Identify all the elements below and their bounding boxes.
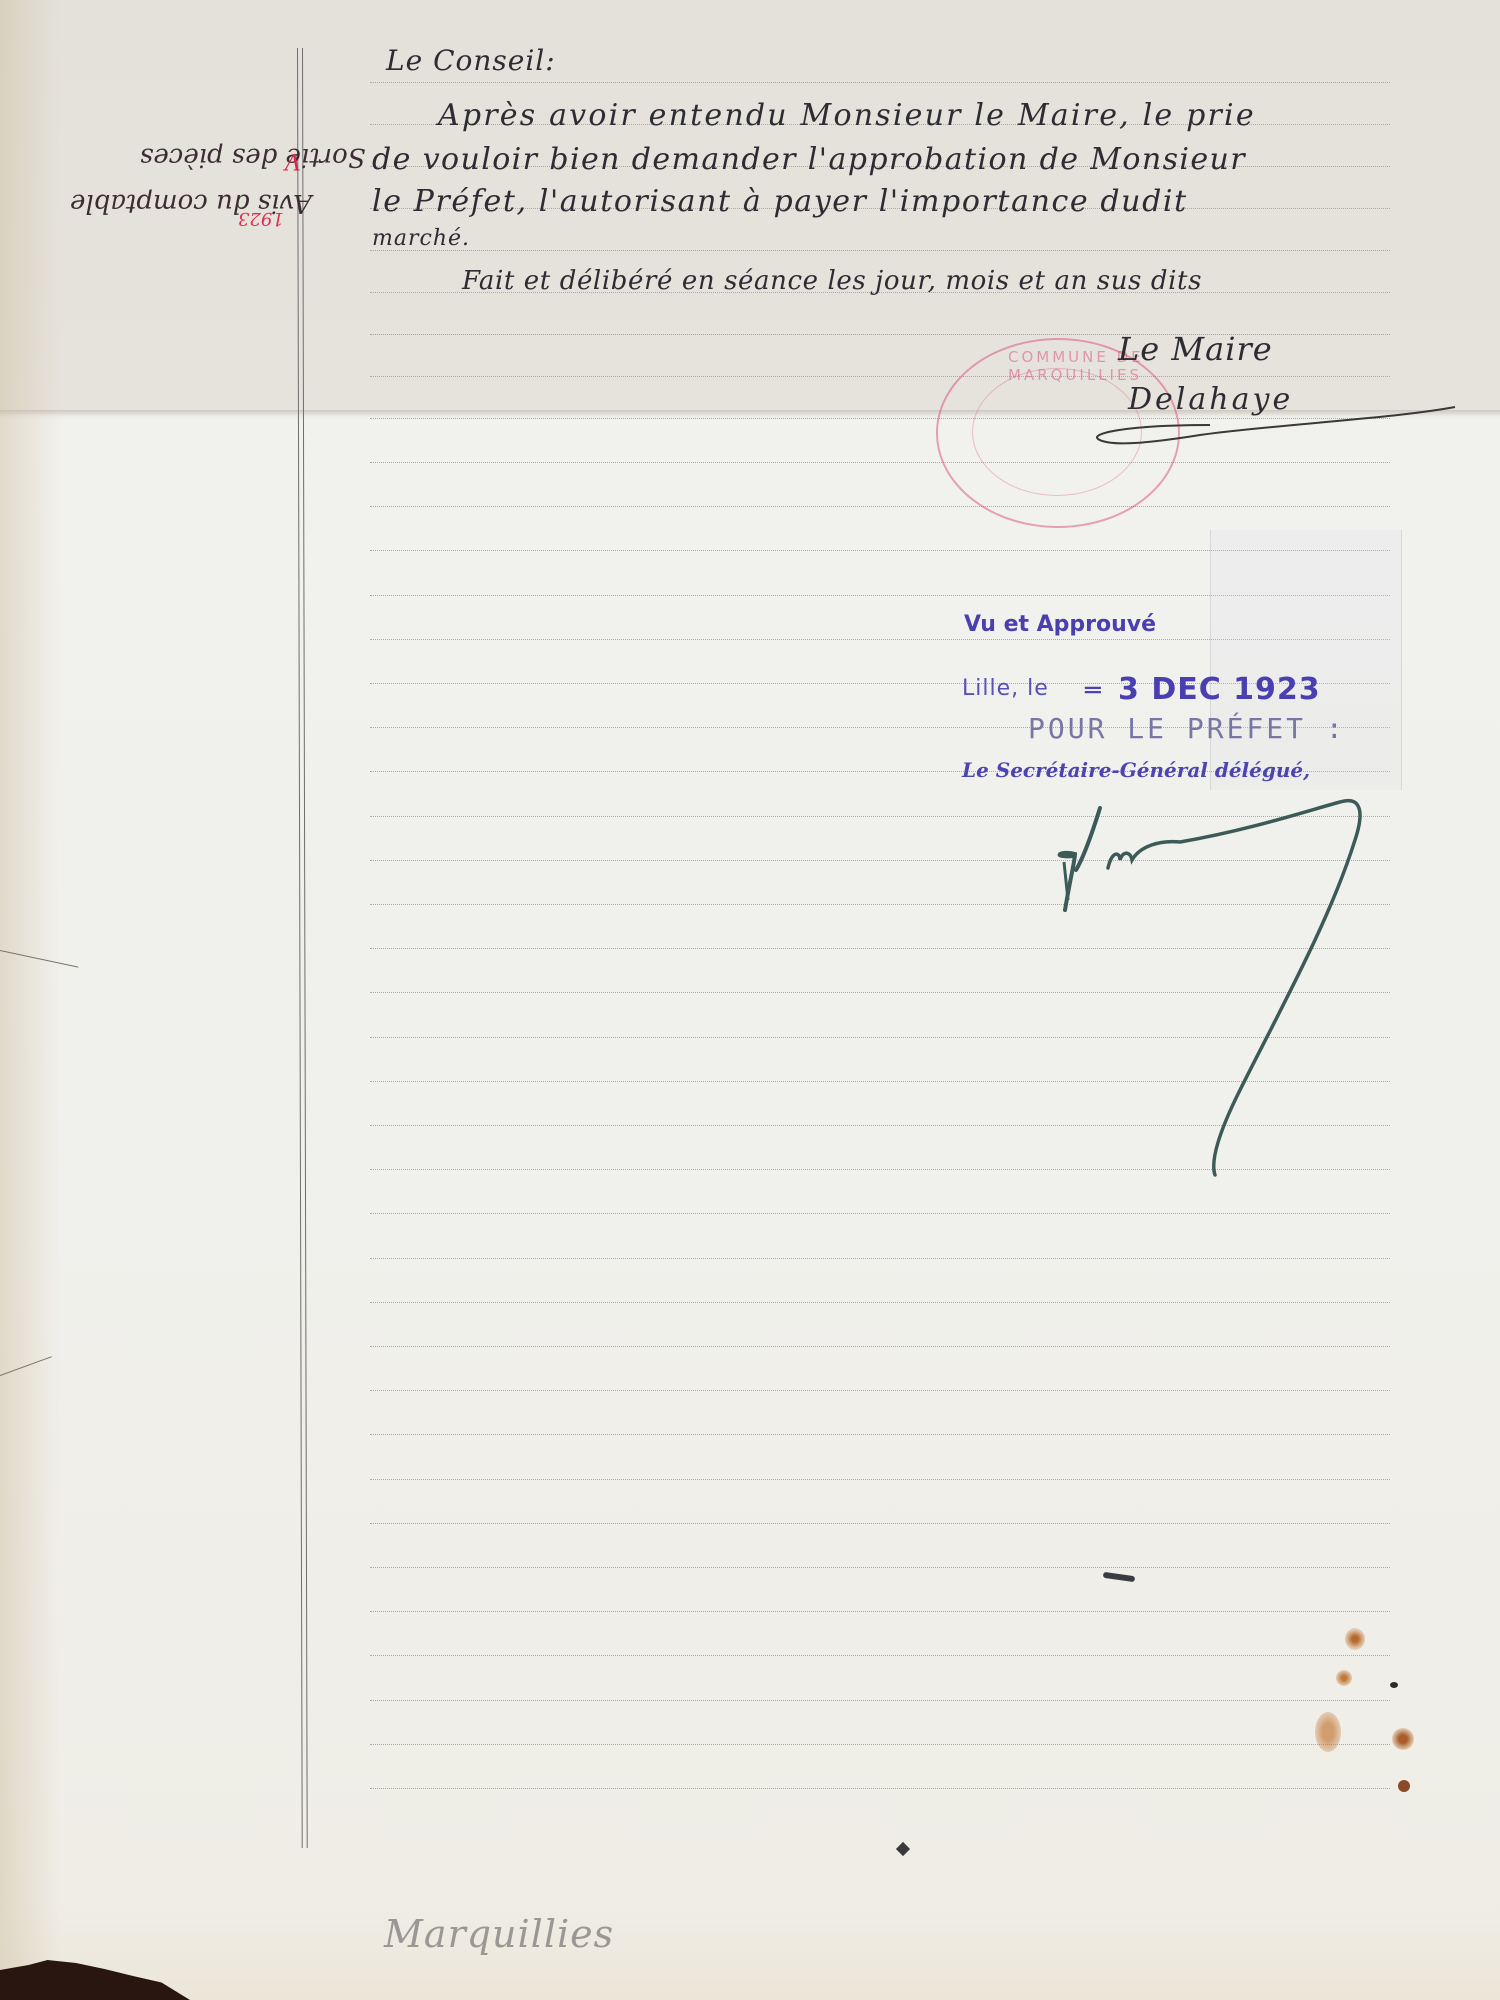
foxing-stain <box>1392 1728 1414 1750</box>
ruled-line <box>370 1744 1390 1745</box>
margin-red-year: 1923 <box>238 208 284 229</box>
margin-red-mark: V <box>285 148 301 173</box>
ruled-line <box>370 82 1390 83</box>
ruled-line <box>370 250 1390 251</box>
foxing-stain <box>1390 1682 1398 1688</box>
foxing-stain <box>1345 1628 1365 1650</box>
faint-stamp-ghost <box>1210 530 1402 790</box>
approval-for-prefect: POUR LE PRÉFET : <box>1028 712 1346 745</box>
ruled-line <box>370 1302 1390 1303</box>
ruled-line <box>370 1346 1390 1347</box>
ruled-line <box>370 1479 1390 1480</box>
body-line-2: Après avoir entendu Monsieur le Maire, l… <box>438 98 1256 133</box>
foxing-stain <box>1315 1712 1341 1752</box>
approval-heading: Vu et Approuvé <box>964 612 1156 637</box>
ruled-line <box>370 1567 1390 1568</box>
ruled-line <box>370 1434 1390 1435</box>
page-edge-shadow <box>0 0 60 2000</box>
body-line-1: Le Conseil: <box>386 44 556 77</box>
approval-dash: ═ <box>1085 676 1101 706</box>
approval-date: 3 DEC 1923 <box>1118 672 1321 707</box>
ruled-line <box>370 1611 1390 1612</box>
body-line-6: Fait et délibéré en séance les jour, moi… <box>462 266 1202 296</box>
ruled-line <box>370 462 1390 463</box>
margin-note-line1: Sortie des pièces <box>140 142 366 172</box>
body-line-3: de vouloir bien demander l'approbation d… <box>372 142 1246 177</box>
pencil-commune-name: Marquillies <box>384 1912 614 1956</box>
approval-place: Lille, le <box>962 676 1049 701</box>
ruled-line <box>370 1655 1390 1656</box>
foxing-stain <box>1336 1670 1352 1686</box>
mayor-signature-flourish <box>1090 395 1460 455</box>
ruled-line <box>370 1523 1390 1524</box>
mayor-title: Le Maire <box>1118 330 1273 368</box>
approval-secretary: Le Secrétaire-Général délégué, <box>962 758 1310 782</box>
body-line-5: marché. <box>372 226 470 251</box>
ruled-line <box>370 376 1390 377</box>
ruled-line <box>370 1213 1390 1214</box>
prefect-signature <box>1030 790 1400 1200</box>
ruled-line <box>370 506 1390 507</box>
ruled-line <box>370 1788 1390 1789</box>
ruled-line <box>370 1258 1390 1259</box>
foxing-stain <box>1398 1780 1410 1792</box>
ruled-line <box>370 1390 1390 1391</box>
ruled-line <box>370 1700 1390 1701</box>
body-line-4: le Préfet, l'autorisant à payer l'import… <box>372 184 1188 219</box>
